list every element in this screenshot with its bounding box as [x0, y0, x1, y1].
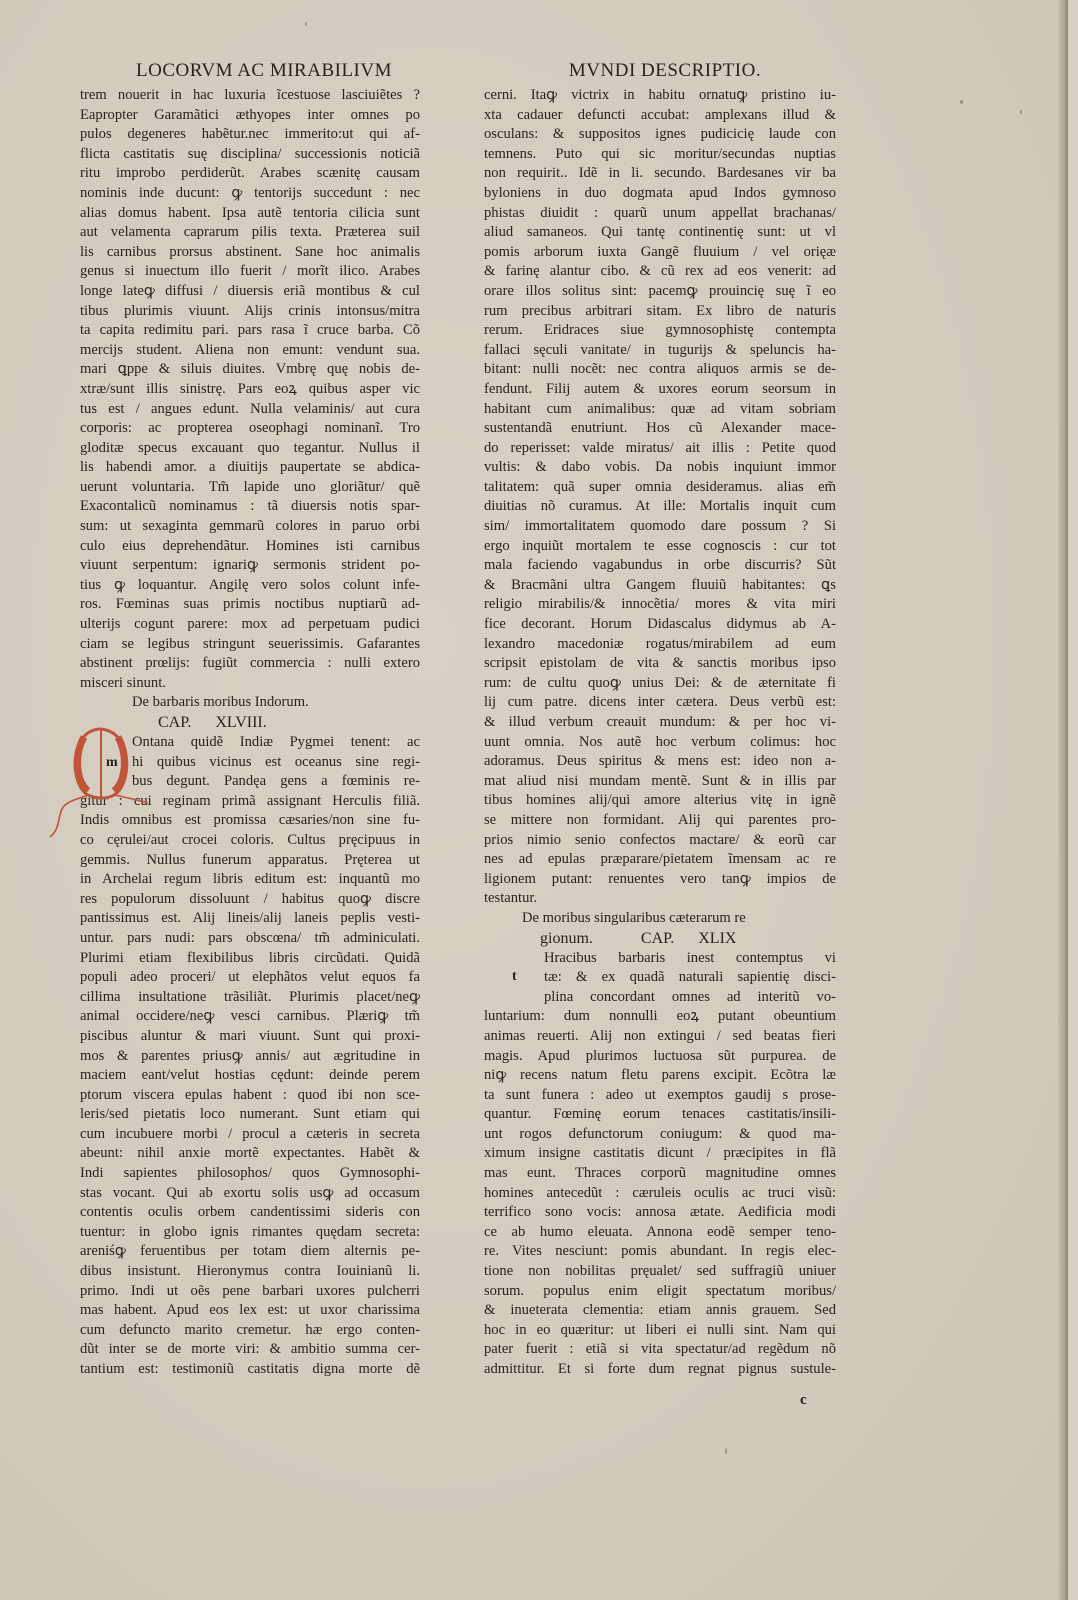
- text-line: phistas diuidit : quarũ unum appellat br…: [484, 204, 836, 224]
- text-line: & inueterata clementia: etiam annis grau…: [484, 1301, 836, 1321]
- text-line: ta sunt funera : adeo ut exemptos gaudĳ …: [484, 1086, 836, 1106]
- text-line: sustentandã enutriunt. Hos cũ Alexander …: [484, 419, 836, 439]
- text-line: talitatem: quã super omnia desideramus. …: [484, 478, 836, 498]
- paper-spot: [960, 100, 963, 104]
- text-line: & illud verbum creauit mundum: & per hoc…: [484, 713, 836, 733]
- text-line: homines antecedũt : cæruleis oculis ac t…: [484, 1184, 836, 1204]
- text-line: do reperisset: valde miratus/ ait illis …: [484, 439, 836, 459]
- text-line: rerum. Eridraces siue gymnosophistę cont…: [484, 321, 836, 341]
- text-line: res populorum dissoluunt / habitus quoꝙ …: [80, 890, 420, 910]
- left-text-block-after: gitur : cui reginam primã assignant Herc…: [80, 792, 420, 1380]
- text-line: nominis inde ducunt: ꝙ tentorijs succedu…: [80, 184, 420, 204]
- text-line: mari ꝗppe & siluis diuites. Vmbrę quę no…: [80, 360, 420, 380]
- text-line: trem nouerit in hac luxuria ĩcestuose la…: [80, 86, 420, 106]
- text-line: maciem eant/velut hostias cędunt: deinde…: [80, 1066, 420, 1086]
- text-line: rum precibus arbitrari sitam. Ex libro d…: [484, 302, 836, 322]
- text-line: ce ab humo eleuata. Annona eodẽ semper t…: [484, 1223, 836, 1243]
- chapter-title: De moribus singularibus cæterarum re: [484, 909, 836, 929]
- text-line: ptorum viscera epulas habent : quod ibi …: [80, 1086, 420, 1106]
- text-line: ximum insigne castitatis dicunt / præcip…: [484, 1144, 836, 1164]
- text-line: Indi sapientes philosophos/ quos Gymnoso…: [80, 1164, 420, 1184]
- right-column: MVNDI DESCRIPTIO. cerni. Itaꝙ victrix in…: [484, 58, 836, 1380]
- initial-block: t Hracibus barbaris inest contemptus vit…: [484, 949, 836, 1008]
- text-line: prios nimio senio confectos mactare/ & e…: [484, 831, 836, 851]
- text-line: mos & parentes priusꝙ annis/ aut ægritud…: [80, 1047, 420, 1067]
- text-line: areniśꝙ feruentibus per totam diem alter…: [80, 1242, 420, 1262]
- text-line: habitant cum animalibus: quæ ad vitam so…: [484, 400, 836, 420]
- text-line: lĳ cum patre. dicens inter cætera. Deus …: [484, 693, 836, 713]
- signature-mark: c: [800, 1392, 807, 1409]
- text-line: genus si inuectum illo fuerit / morĩt il…: [80, 262, 420, 282]
- text-line: lexandro macedoniæ rogatus/mirabilem ad …: [484, 635, 836, 655]
- text-line: mat aliud nisi mundam mentẽ. Sunt & in i…: [484, 772, 836, 792]
- text-line: populi adeo proceri/ ut elephãtos velut …: [80, 968, 420, 988]
- text-line: Hracibus barbaris inest contemptus vi: [544, 949, 836, 969]
- text-line: tius ꝙ loquantur. Angilę vero solos colu…: [80, 576, 420, 596]
- text-line: contentis oculis orbem candentissimi sid…: [80, 1203, 420, 1223]
- paper-spot: [1020, 110, 1022, 114]
- text-line: ta capita redimitu pari. pars rasa ĩ cru…: [80, 321, 420, 341]
- text-line: nes ad epulas præparare/pietatem ĩmensam…: [484, 850, 836, 870]
- text-line: religio mirabilis/& innocẽtia/ mores & v…: [484, 595, 836, 615]
- text-line: animas reuerti. Alĳ non extingui / sed b…: [484, 1027, 836, 1047]
- text-line: gloditæ specus excauant quo tegantur. Nu…: [80, 439, 420, 459]
- text-line: temnens. Puto qui sic moritur/secundas n…: [484, 145, 836, 165]
- text-line: cum incubuere morbi / procul a cæteris i…: [80, 1125, 420, 1145]
- text-line: corporis: ac propterea oseophagi nominan…: [80, 419, 420, 439]
- text-line: dũt inter se de morte viri: & ambitio su…: [80, 1340, 420, 1360]
- initial-lines: Hracibus barbaris inest contemptus vitæ:…: [484, 949, 836, 1008]
- text-line: ros. Fœminas suas primis noctibus nuptia…: [80, 595, 420, 615]
- left-column: LOCORVM AC MIRABILIVM trem nouerit in ha…: [80, 58, 420, 1380]
- text-line: sum: ut sexaginta gemmarũ colores in par…: [80, 517, 420, 537]
- left-text-block: trem nouerit in hac luxuria ĩcestuose la…: [80, 86, 420, 693]
- text-line: gemmis. Nullus funerum apparatus. Pręter…: [80, 851, 420, 871]
- text-line: ciam se legibus stringunt seuerissimis. …: [80, 635, 420, 655]
- text-line: mas habent. Apud eos lex est: ut uxor ch…: [80, 1301, 420, 1321]
- text-line: quantur. Fœminę eorum tenaces castitatis…: [484, 1105, 836, 1125]
- text-line: scripsit epistolam de vita & sanctis mor…: [484, 654, 836, 674]
- text-line: pomis arborum iuxta Gangẽ fluuium / vel …: [484, 243, 836, 263]
- text-line: byloniens in duo dogmata apud Indos gymn…: [484, 184, 836, 204]
- text-line: uerunt voluntaria. Tm̃ lapide uno gloriã…: [80, 478, 420, 498]
- text-line: vultis: & dabo vobis. Da nobis inquiunt …: [484, 458, 836, 478]
- text-line: dibus insistunt. Hieronymus contra Iouin…: [80, 1262, 420, 1282]
- text-line: hoc in eo quæritur: ut liberi ei nulli s…: [484, 1321, 836, 1341]
- text-line: sim/ immortalitatem quomodo dare possum …: [484, 517, 836, 537]
- text-line: culo eius deprehendãtur. Homines isti ca…: [80, 537, 420, 557]
- text-line: Ontana quidẽ Indiæ Pygmei tenent: ac: [132, 733, 420, 753]
- text-line: tæ: & ex quadã naturali sapientię disci-: [544, 968, 836, 988]
- text-line: pulos degeneres habẽtur.nec immerito:ut …: [80, 125, 420, 145]
- right-text-block-after: luntarium: dum nonnulli eoꝝ putant obeun…: [484, 1007, 836, 1379]
- text-line: xta cadauer defuncti accubat: amplexans …: [484, 106, 836, 126]
- right-text-block: cerni. Itaꝙ victrix in habitu ornatuꝙ pr…: [484, 86, 836, 909]
- text-line: testantur.: [484, 889, 836, 909]
- text-line: osculans: & suppositos ignes pudicicię l…: [484, 125, 836, 145]
- text-line: orare illos solitus sint: pacemꝙ prouinc…: [484, 282, 836, 302]
- text-line: alias domus habent. Ipsa autẽ tentoria c…: [80, 204, 420, 224]
- text-line: flicta castitatis suę disciplina/ succes…: [80, 145, 420, 165]
- text-line: fice decorant. Horum Didascalus didymus …: [484, 615, 836, 635]
- text-line: terrifico sono vocis: annosa ætate. Aedi…: [484, 1203, 836, 1223]
- decorated-initial-o-icon: [48, 725, 148, 845]
- page-edge: [1058, 0, 1068, 1600]
- text-line: admittitur. Et si forte dum regnat pignu…: [484, 1360, 836, 1380]
- text-line: & Bracmãni ultra Gangem fluuiũ habitante…: [484, 576, 836, 596]
- text-line: tantium est: testimoniũ castitatis digna…: [80, 1360, 420, 1380]
- text-line: sorum. populus enim eligit spectatum mor…: [484, 1282, 836, 1302]
- text-line: Exacontalicũ nominamus : tã diuersis not…: [80, 497, 420, 517]
- text-line: re. Vites nesciunt: pomis abundant. In r…: [484, 1242, 836, 1262]
- text-line: pater fuerit : etiã si vita spectatur/ad…: [484, 1340, 836, 1360]
- text-line: rum: de cultu quoꝙ unius Dei: & de ætern…: [484, 674, 836, 694]
- text-line: ligionem putant: renuentes vero tanꝙ imp…: [484, 870, 836, 890]
- text-line: misceri sinunt.: [80, 674, 420, 694]
- text-line: ulterĳs cogunt parere: mox ad perpetuam …: [80, 615, 420, 635]
- running-head-left: LOCORVM AC MIRABILIVM: [80, 58, 420, 84]
- text-line: viuunt serpentum: ignariꝙ sermonis strid…: [80, 556, 420, 576]
- text-line: magis. Apud plurimos luctuosa sũt purpur…: [484, 1047, 836, 1067]
- text-line: tione non nobilitas pręualet/ sed suffra…: [484, 1262, 836, 1282]
- paper-spot: [725, 1448, 727, 1454]
- text-line: diuitias nõ curamus. At ille: Mortalis i…: [484, 497, 836, 517]
- text-line: ergo inquiũt mortalem te esse cognoscis …: [484, 537, 836, 557]
- text-line: leris/sed pietatis loco numerant. Sunt e…: [80, 1105, 420, 1125]
- guide-letter: m: [106, 755, 118, 771]
- text-line: tuentur: in globo ignis rimantes quędam …: [80, 1223, 420, 1243]
- text-line: mas eunt. Thraces corporũ magnitudine om…: [484, 1164, 836, 1184]
- text-line: mala faciendo vagabundus in orbe discurr…: [484, 556, 836, 576]
- text-line: niꝙ recens natum fletu parens excipit. E…: [484, 1066, 836, 1086]
- text-line: in Archelai regum libris editum est: inq…: [80, 870, 420, 890]
- text-line: stas vocant. Qui ab exortu solis usꝙ ad …: [80, 1184, 420, 1204]
- chapter-title-continued: gionum.CAP. XLIX: [484, 929, 836, 949]
- text-line: adoramus. Deus spiritus & mens est: ideo…: [484, 752, 836, 772]
- text-line: uunt omnia. Nos autẽ hoc verbum colimus:…: [484, 733, 836, 753]
- paper-spot: [305, 22, 307, 26]
- text-line: longe lateꝙ diffusi / diuersis eriã mont…: [80, 282, 420, 302]
- text-line: Eapropter Garamãtici æthyopes inter omne…: [80, 106, 420, 126]
- text-line: non requirit.. Idẽ in li. secundo. Barde…: [484, 164, 836, 184]
- text-line: plina concordant omnes ad interitũ vo-: [544, 988, 836, 1008]
- text-line: lis habendi amor. a diuitĳs paupertate s…: [80, 458, 420, 478]
- text-line: tus est / angues edunt. Nulla velaminis/…: [80, 400, 420, 420]
- text-line: luntarium: dum nonnulli eoꝝ putant obeun…: [484, 1007, 836, 1027]
- text-line: bitant: nulli nocẽt: nec contra aliquos …: [484, 360, 836, 380]
- text-line: abeunt: nihil anxie mortẽ expectantes. H…: [80, 1144, 420, 1164]
- text-line: cum defuncto marito cremetur. hæ ergo co…: [80, 1321, 420, 1341]
- chapter-title-end: gionum.: [540, 930, 593, 947]
- initial-block: m Ontana quidẽ Indiæ Pygmei tenent: achi…: [80, 733, 420, 792]
- text-line: xtræ/sunt illis sinistrę. Pars eoꝝ quibu…: [80, 380, 420, 400]
- text-line: untur. pars nudi: pars obscœna/ tm̃ admi…: [80, 929, 420, 949]
- text-line: cillima insultatione trãsiliãt. Plurimis…: [80, 988, 420, 1008]
- guide-letter: t: [512, 969, 517, 985]
- text-line: cerni. Itaꝙ victrix in habitu ornatuꝙ pr…: [484, 86, 836, 106]
- chapter-title: De barbaris moribus Indorum.: [80, 693, 420, 713]
- text-line: piscibus aluntur & mari viuunt. Sunt qui…: [80, 1027, 420, 1047]
- running-head-right: MVNDI DESCRIPTIO.: [484, 58, 836, 84]
- text-line: primo. Indi ut oẽs pene barbari uxores p…: [80, 1282, 420, 1302]
- text-line: fendunt. Filĳ autem & uxores eorum seors…: [484, 380, 836, 400]
- text-line: mercĳs student. Aliena non emunt: vendun…: [80, 341, 420, 361]
- text-line: bus degunt. Pandęa gens a fœminis re-: [132, 772, 420, 792]
- text-line: pantissimus est. Alĳ lineis/alĳ laneis p…: [80, 909, 420, 929]
- text-line: lis carnibus prorsus abstinent. Sane hoc…: [80, 243, 420, 263]
- text-line: hi quibus vicinus est oceanus sine regi-: [132, 753, 420, 773]
- text-line: abstinent prœlĳs: fugiũt commercia : nul…: [80, 654, 420, 674]
- text-line: animal occidere/neꝙ vesci carnibus. Plær…: [80, 1007, 420, 1027]
- chapter-number: CAP. XLIX: [641, 930, 737, 947]
- text-line: tibus homines alĳ/qui amore alterius vit…: [484, 791, 836, 811]
- text-line: & farinę alantur cibo. & cũ rex ad eos v…: [484, 262, 836, 282]
- text-line: aliud samaneos. Qui tantę continentię su…: [484, 223, 836, 243]
- text-line: se mittere non formidant. Alĳ qui parent…: [484, 811, 836, 831]
- text-line: aut velamenta caprarum pilis texta. Præt…: [80, 223, 420, 243]
- text-line: unt rogos defunctorum coniugum: & quod m…: [484, 1125, 836, 1145]
- text-line: fallaci sęculi vanitate/ in tugurĳs & sp…: [484, 341, 836, 361]
- manuscript-page: LOCORVM AC MIRABILIVM trem nouerit in ha…: [0, 0, 1068, 1600]
- text-line: ritu improbo perdiderũt. Arabes scænitę …: [80, 164, 420, 184]
- text-line: tibus plurimis viuunt. Alĳs crinis inton…: [80, 302, 420, 322]
- text-line: Plurimi etiam flexibilibus libris circũd…: [80, 949, 420, 969]
